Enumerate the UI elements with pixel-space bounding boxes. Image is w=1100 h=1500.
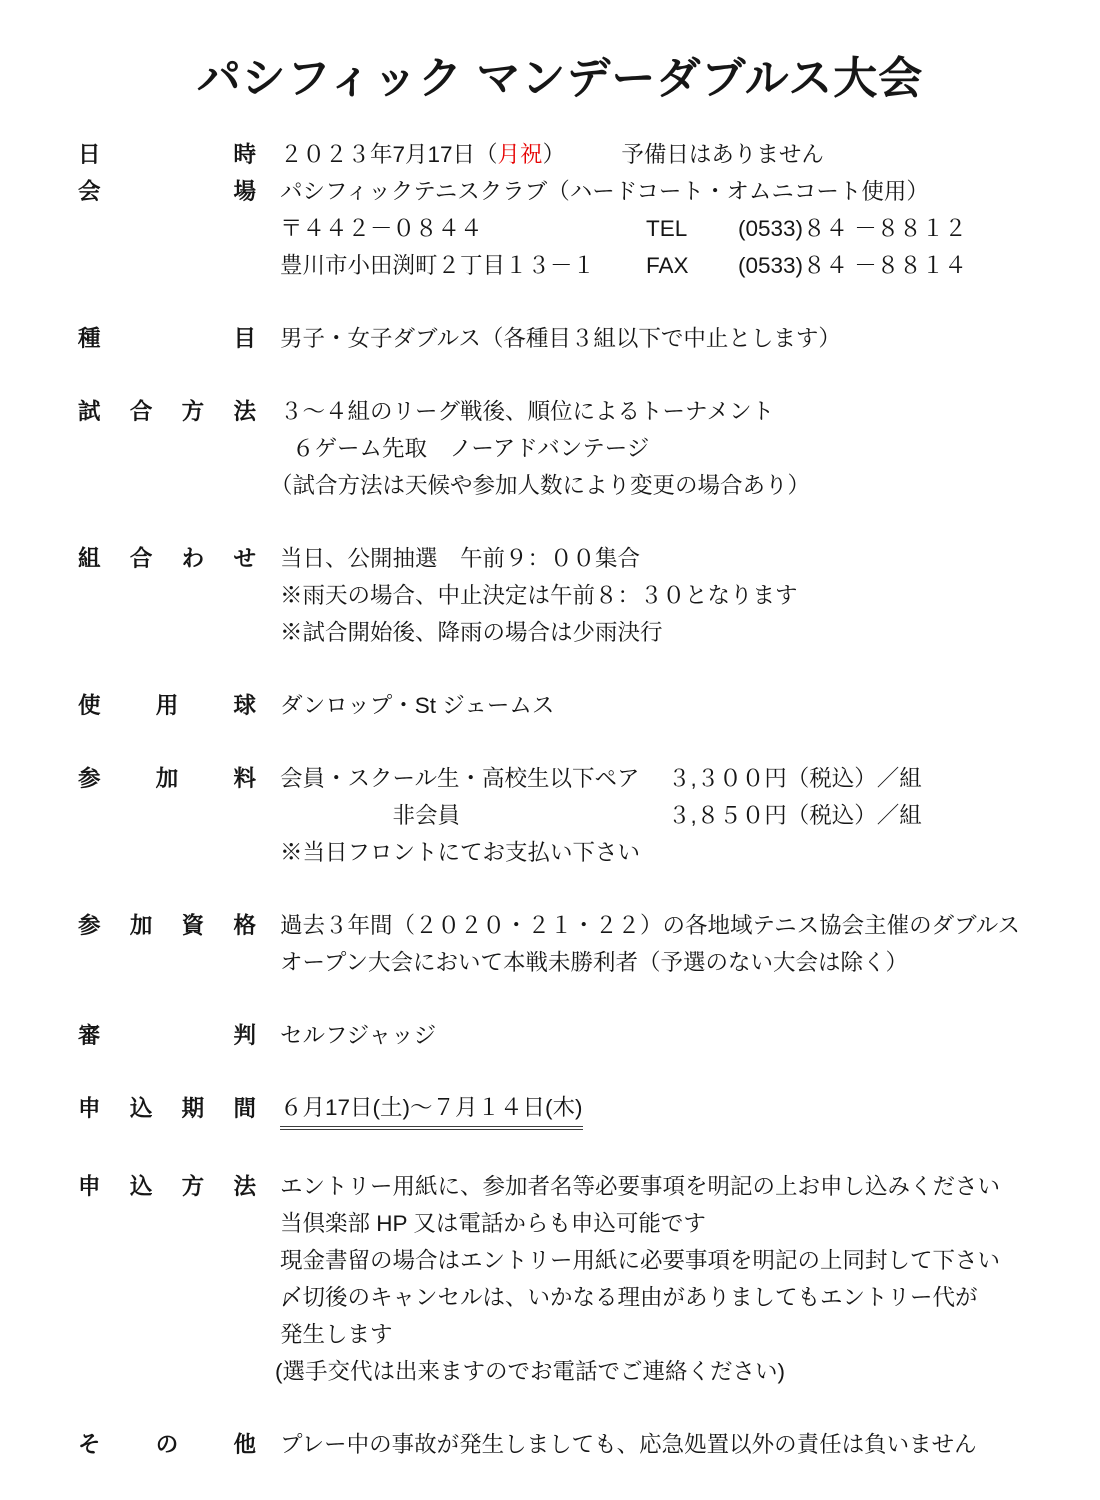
- text-run: ６ゲーム先取 ノーアドバンテージ: [292, 436, 649, 461]
- entry-fee-line-0: 会員・スクール生・高校生以下ペア３,３００円（税込）／組: [280, 760, 1042, 797]
- label-char: 組: [78, 540, 101, 577]
- venue-col-1: TEL: [646, 210, 738, 247]
- label-char: 資: [182, 907, 205, 944]
- entry-fee-col-1: ３,８５０円（税込）／組: [668, 797, 922, 834]
- other-content: プレー中の事故が発生しましても、応急処置以外の責任は負いません: [280, 1426, 1042, 1463]
- entry-fee-col-1: ３,３００円（税込）／組: [668, 760, 922, 797]
- label-char: の: [156, 1426, 179, 1463]
- text-run: ２０２３年7月17日（: [280, 142, 498, 167]
- other-label: その他: [78, 1426, 256, 1463]
- text-run: オープン大会において本戦未勝利者（予選のない大会は除く）: [280, 950, 908, 975]
- text-run: (0533)８４ －８８１４: [738, 253, 967, 278]
- sections-container: 日時２０２３年7月17日（月祝） 予備日はありません会場パシフィックテニスクラブ…: [78, 136, 1042, 1463]
- text-run: 男子・女子ダブルス（各種目３組以下で中止とします）: [280, 326, 841, 351]
- umpire-label: 審判: [78, 1017, 256, 1054]
- eligibility-content: 過去３年間（２０２０・２１・２２）の各地域テニス協会主催のダブルスオープン大会に…: [280, 907, 1042, 981]
- umpire-content: セルフジャッジ: [280, 1017, 1042, 1054]
- draw-line-0: 当日、公開抽選 午前９：００集合: [280, 540, 1042, 577]
- text-run: プレー中の事故が発生しましても、応急処置以外の責任は負いません: [280, 1432, 977, 1457]
- venue-line-1: 〒４４２－０８４４TEL(0533)８４ －８８１２: [280, 210, 1042, 247]
- eligibility-line-0: 過去３年間（２０２０・２１・２２）の各地域テニス協会主催のダブルス: [280, 907, 1042, 944]
- label-char: 申: [78, 1090, 101, 1127]
- entry-fee-label: 参加料: [78, 760, 256, 797]
- application-method-line-4: 発生します: [280, 1316, 1042, 1353]
- venue-col-1: FAX: [646, 247, 738, 284]
- label-char: 目: [233, 320, 256, 357]
- draw-line-1: ※雨天の場合、中止決定は午前８：３０となります: [280, 577, 1042, 614]
- application-method-line-2: 現金書留の場合はエントリー用紙に必要事項を明記の上同封して下さい: [280, 1242, 1042, 1279]
- application-period-line-0: ６月17日(土)～７月１４日(木): [280, 1092, 583, 1130]
- label-char: 判: [233, 1017, 256, 1054]
- application-period-label: 申込期間: [78, 1090, 256, 1127]
- section-venue: 会場パシフィックテニスクラブ（ハードコート・オムニコート使用）〒４４２－０８４４…: [78, 173, 1042, 284]
- text-run: 発生します: [280, 1322, 393, 1347]
- label-char: 使: [78, 687, 101, 724]
- events-label: 種目: [78, 320, 256, 357]
- label-char: 日: [78, 136, 101, 173]
- section-date: 日時２０２３年7月17日（月祝） 予備日はありません: [78, 136, 1042, 173]
- text-run: パシフィックテニスクラブ（ハードコート・オムニコート使用）: [280, 179, 929, 204]
- text-run: ３,３００円（税込）／組: [668, 766, 922, 791]
- label-char: 参: [78, 760, 101, 797]
- text-run: ３,８５０円（税込）／組: [668, 803, 922, 828]
- label-char: わ: [182, 540, 205, 577]
- label-char: 申: [78, 1168, 101, 1205]
- text-run: 過去３年間（２０２０・２１・２２）の各地域テニス協会主催のダブルス: [280, 913, 1020, 938]
- label-char: 加: [156, 760, 179, 797]
- label-char: 合: [130, 540, 153, 577]
- draw-content: 当日、公開抽選 午前９：００集合※雨天の場合、中止決定は午前８：３０となります※…: [280, 540, 1042, 651]
- text-run: 〒４４２－０８４４: [280, 216, 483, 241]
- section-entry-fee: 参加料会員・スクール生・高校生以下ペア３,３００円（税込）／組 非会員３,８５０…: [78, 760, 1042, 871]
- date-line-0: ２０２３年7月17日（月祝） 予備日はありません: [280, 136, 1042, 173]
- entry-fee-line-1: 非会員３,８５０円（税込）／組: [280, 797, 1042, 834]
- venue-col-2: (0533)８４ －８８１２: [738, 210, 967, 247]
- match-format-label: 試合方法: [78, 393, 256, 430]
- section-match-format: 試合方法３～４組のリーグ戦後、順位によるトーナメント６ゲーム先取 ノーアドバンテ…: [78, 393, 1042, 504]
- label-char: 会: [78, 173, 101, 210]
- section-umpire: 審判セルフジャッジ: [78, 1017, 1042, 1054]
- label-char: 用: [156, 687, 179, 724]
- eligibility-label: 参加資格: [78, 907, 256, 944]
- text-run: エントリー用紙に、参加者名等必要事項を明記の上お申し込みください: [280, 1174, 1000, 1199]
- date-label: 日時: [78, 136, 256, 173]
- text-run: 現金書留の場合はエントリー用紙に必要事項を明記の上同封して下さい: [280, 1248, 1000, 1273]
- venue-col-0: 〒４４２－０８４４: [280, 210, 646, 247]
- text-run: 非会員: [280, 803, 460, 828]
- label-char: 加: [130, 907, 153, 944]
- balls-content: ダンロップ・St ジェームス: [280, 687, 1042, 724]
- label-char: 込: [130, 1168, 153, 1205]
- text-run: (選手交代は出来ますのでお電話でご連絡ください): [275, 1359, 785, 1384]
- entry-fee-col-0: 会員・スクール生・高校生以下ペア: [280, 760, 668, 797]
- events-line-0: 男子・女子ダブルス（各種目３組以下で中止とします）: [280, 320, 1042, 357]
- text-run: ダンロップ・St ジェームス: [280, 693, 554, 718]
- application-method-line-0: エントリー用紙に、参加者名等必要事項を明記の上お申し込みください: [280, 1168, 1042, 1205]
- text-run: 〆切後のキャンセルは、いかなる理由がありましてもエントリー代が: [280, 1285, 978, 1310]
- text-run: 当日、公開抽選 午前９：００集合: [280, 546, 640, 571]
- text-run: ） 予備日はありません: [543, 142, 824, 167]
- label-char: 球: [233, 687, 256, 724]
- draw-label: 組合わせ: [78, 540, 256, 577]
- text-run: （試合方法は天候や参加人数により変更の場合あり）: [270, 473, 810, 498]
- text-run: 会員・スクール生・高校生以下ペア: [280, 766, 640, 791]
- entry-fee-col-0: 非会員: [280, 797, 668, 834]
- eligibility-line-1: オープン大会において本戦未勝利者（予選のない大会は除く）: [280, 944, 1042, 981]
- text-run: FAX: [646, 253, 689, 278]
- label-char: 場: [233, 173, 256, 210]
- venue-col-0: 豊川市小田渕町２丁目１３－１: [280, 247, 646, 284]
- text-run: TEL: [646, 216, 687, 241]
- text-run: 当倶楽部 HP 又は電話からも申込可能です: [280, 1211, 706, 1236]
- label-char: 料: [233, 760, 256, 797]
- text-run: セルフジャッジ: [280, 1023, 436, 1048]
- match-format-line-2: （試合方法は天候や参加人数により変更の場合あり）: [270, 467, 1042, 504]
- label-char: 方: [182, 1168, 205, 1205]
- text-run: ※試合開始後、降雨の場合は少雨決行: [280, 620, 663, 645]
- entry-fee-line-2: ※当日フロントにてお支払い下さい: [280, 834, 1042, 871]
- label-char: 方: [182, 393, 205, 430]
- section-application-period: 申込期間６月17日(土)～７月１４日(木): [78, 1090, 1042, 1132]
- text-run: 豊川市小田渕町２丁目１３－１: [280, 253, 595, 278]
- label-char: 込: [130, 1090, 153, 1127]
- text-run: ※当日フロントにてお支払い下さい: [280, 840, 640, 865]
- draw-line-2: ※試合開始後、降雨の場合は少雨決行: [280, 614, 1042, 651]
- label-char: 時: [233, 136, 256, 173]
- match-format-line-1: ６ゲーム先取 ノーアドバンテージ: [292, 430, 1042, 467]
- label-char: 参: [78, 907, 101, 944]
- section-application-method: 申込方法エントリー用紙に、参加者名等必要事項を明記の上お申し込みください当倶楽部…: [78, 1168, 1042, 1390]
- match-format-content: ３～４組のリーグ戦後、順位によるトーナメント６ゲーム先取 ノーアドバンテージ（試…: [280, 393, 1042, 504]
- text-run: (0533)８４ －８８１２: [738, 216, 967, 241]
- label-char: 審: [78, 1017, 101, 1054]
- label-char: 種: [78, 320, 101, 357]
- label-char: 他: [233, 1426, 256, 1463]
- other-line-0: プレー中の事故が発生しましても、応急処置以外の責任は負いません: [280, 1426, 1042, 1463]
- application-period-content: ６月17日(土)～７月１４日(木): [280, 1090, 1042, 1132]
- page-title: パシフィック マンデーダブルス大会: [78, 52, 1042, 106]
- section-draw: 組合わせ当日、公開抽選 午前９：００集合※雨天の場合、中止決定は午前８：３０とな…: [78, 540, 1042, 651]
- label-char: 試: [78, 393, 101, 430]
- highlight-red-text: 月祝: [498, 142, 543, 167]
- balls-line-0: ダンロップ・St ジェームス: [280, 687, 1042, 724]
- venue-content: パシフィックテニスクラブ（ハードコート・オムニコート使用）〒４４２－０８４４TE…: [280, 173, 1042, 284]
- label-char: 合: [130, 393, 153, 430]
- match-format-line-0: ３～４組のリーグ戦後、順位によるトーナメント: [280, 393, 1042, 430]
- venue-line-0: パシフィックテニスクラブ（ハードコート・オムニコート使用）: [280, 173, 1042, 210]
- section-balls: 使用球ダンロップ・St ジェームス: [78, 687, 1042, 724]
- venue-line-2: 豊川市小田渕町２丁目１３－１FAX(0533)８４ －８８１４: [280, 247, 1042, 284]
- label-char: 期: [182, 1090, 205, 1127]
- application-method-label: 申込方法: [78, 1168, 256, 1205]
- application-method-line-5: (選手交代は出来ますのでお電話でご連絡ください): [275, 1353, 1042, 1390]
- umpire-line-0: セルフジャッジ: [280, 1017, 1042, 1054]
- balls-label: 使用球: [78, 687, 256, 724]
- events-content: 男子・女子ダブルス（各種目３組以下で中止とします）: [280, 320, 1042, 357]
- section-other: その他プレー中の事故が発生しましても、応急処置以外の責任は負いません: [78, 1426, 1042, 1463]
- date-content: ２０２３年7月17日（月祝） 予備日はありません: [280, 136, 1042, 173]
- application-method-content: エントリー用紙に、参加者名等必要事項を明記の上お申し込みください当倶楽部 HP …: [280, 1168, 1042, 1390]
- text-run: ※雨天の場合、中止決定は午前８：３０となります: [280, 583, 798, 608]
- label-char: 間: [233, 1090, 256, 1127]
- label-char: 法: [233, 393, 256, 430]
- text-run: ３～４組のリーグ戦後、順位によるトーナメント: [280, 399, 774, 424]
- text-run: ６月17日(土)～７月１４日(木): [280, 1095, 583, 1120]
- document-page: パシフィック マンデーダブルス大会 日時２０２３年7月17日（月祝） 予備日はあ…: [0, 0, 1100, 1463]
- label-char: 格: [233, 907, 256, 944]
- section-events: 種目男子・女子ダブルス（各種目３組以下で中止とします）: [78, 320, 1042, 357]
- application-method-line-3: 〆切後のキャンセルは、いかなる理由がありましてもエントリー代が: [280, 1279, 1042, 1316]
- label-char: せ: [233, 540, 256, 577]
- label-char: 法: [233, 1168, 256, 1205]
- label-char: そ: [78, 1426, 101, 1463]
- venue-label: 会場: [78, 173, 256, 210]
- venue-col-2: (0533)８４ －８８１４: [738, 247, 967, 284]
- application-method-line-1: 当倶楽部 HP 又は電話からも申込可能です: [280, 1205, 1042, 1242]
- section-eligibility: 参加資格過去３年間（２０２０・２１・２２）の各地域テニス協会主催のダブルスオープ…: [78, 907, 1042, 981]
- entry-fee-content: 会員・スクール生・高校生以下ペア３,３００円（税込）／組 非会員３,８５０円（税…: [280, 760, 1042, 871]
